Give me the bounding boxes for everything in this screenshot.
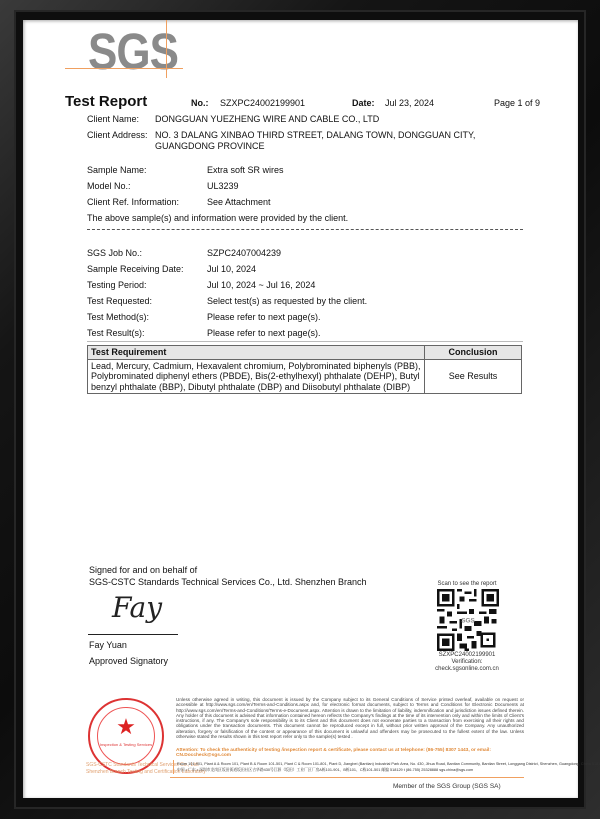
- test-result-value: Please refer to next page(s).: [207, 328, 321, 338]
- signing-company: SGS-CSTC Standards Technical Services Co…: [89, 577, 366, 587]
- solid-divider: [87, 341, 523, 342]
- test-method-label: Test Method(s):: [87, 312, 149, 322]
- signatory-name: Fay Yuan: [89, 640, 127, 650]
- client-ref-value: See Attachment: [207, 197, 271, 207]
- test-requirement-table: Test Requirement Conclusion Lead, Mercur…: [87, 345, 522, 394]
- page-indicator: Page 1 of 9: [494, 98, 540, 108]
- address-accent-bar: [173, 760, 174, 774]
- date-label: Date:: [352, 98, 375, 108]
- test-requested-value: Select test(s) as requested by the clien…: [207, 296, 367, 306]
- job-no-value: SZPC2407004239: [207, 248, 281, 258]
- star-icon: ★: [90, 714, 162, 740]
- qr-code-icon[interactable]: SGS: [437, 589, 499, 651]
- client-address-line2: GUANGDONG PROVINCE: [155, 141, 265, 151]
- client-name-value: DONGGUAN YUEZHENG WIRE AND CABLE CO., LT…: [155, 114, 379, 124]
- receiving-date-value: Jul 10, 2024: [207, 264, 256, 274]
- client-address-label: Client Address:: [87, 130, 148, 140]
- table-row: Lead, Mercury, Cadmium, Hexavalent chrom…: [88, 359, 522, 394]
- authenticity-notice: Attention: To check the authenticity of …: [176, 748, 524, 759]
- signatory-title: Approved Signatory: [89, 656, 168, 666]
- header-conclusion: Conclusion: [425, 346, 522, 360]
- client-name-label: Client Name:: [87, 114, 139, 124]
- conclusion-cell: See Results: [425, 359, 522, 394]
- test-result-label: Test Result(s):: [87, 328, 145, 338]
- test-method-value: Please refer to next page(s).: [207, 312, 321, 322]
- table-header-row: Test Requirement Conclusion: [88, 346, 522, 360]
- sample-name-value: Extra soft SR wires: [207, 165, 284, 175]
- logo-vertical-rule: [166, 20, 167, 78]
- legal-disclaimer: Unless otherwise agreed in writing, this…: [176, 697, 524, 739]
- address-english: Room 101-901, Plant A & Room 101, Plant …: [177, 762, 600, 766]
- signed-on-behalf: Signed for and on behalf of: [89, 565, 197, 575]
- dashed-divider: [87, 229, 523, 230]
- model-no-value: UL3239: [207, 181, 239, 191]
- testing-period-value: Jul 10, 2024 ~ Jul 16, 2024: [207, 280, 315, 290]
- signature-line: [88, 634, 178, 635]
- model-no-label: Model No.:: [87, 181, 131, 191]
- qr-verification-label: Verification:: [432, 659, 502, 665]
- footer-rule: [170, 777, 524, 778]
- test-requested-label: Test Requested:: [87, 296, 152, 306]
- sample-note: The above sample(s) and information were…: [87, 213, 348, 223]
- sample-name-label: Sample Name:: [87, 165, 147, 175]
- client-ref-label: Client Ref. Information:: [87, 197, 179, 207]
- qr-verification-site[interactable]: check.sgsonline.com.cn: [432, 666, 502, 672]
- job-no-label: SGS Job No.:: [87, 248, 142, 258]
- report-no-value: SZXPC24002199901: [220, 98, 305, 108]
- handwritten-signature: Fay: [112, 591, 162, 624]
- testing-period-label: Testing Period:: [87, 280, 147, 290]
- client-address-line1: NO. 3 DALANG XINBAO THIRD STREET, DALANG…: [155, 130, 475, 140]
- sgs-logo: SGS: [88, 24, 178, 82]
- report-no-label: No.:: [191, 98, 209, 108]
- qr-caption: Scan to see the report: [432, 581, 502, 587]
- requirement-cell: Lead, Mercury, Cadmium, Hexavalent chrom…: [88, 359, 425, 394]
- member-statement: Member of the SGS Group (SGS SA): [393, 783, 501, 790]
- date-value: Jul 23, 2024: [385, 98, 434, 108]
- address-chinese: 中国 • 广东 • 深圳市龙岗区坂田街道坂田社区吉华路430号江源（坂田）工业厂…: [177, 768, 473, 773]
- receiving-date-label: Sample Receiving Date:: [87, 264, 184, 274]
- svg-text:SGS: SGS: [461, 618, 475, 625]
- report-title: Test Report: [65, 93, 147, 110]
- stamp-text: Inspection & Testing Services: [90, 742, 162, 747]
- qr-report-code: SZXPC24002199901: [432, 652, 502, 658]
- header-test-requirement: Test Requirement: [88, 346, 425, 360]
